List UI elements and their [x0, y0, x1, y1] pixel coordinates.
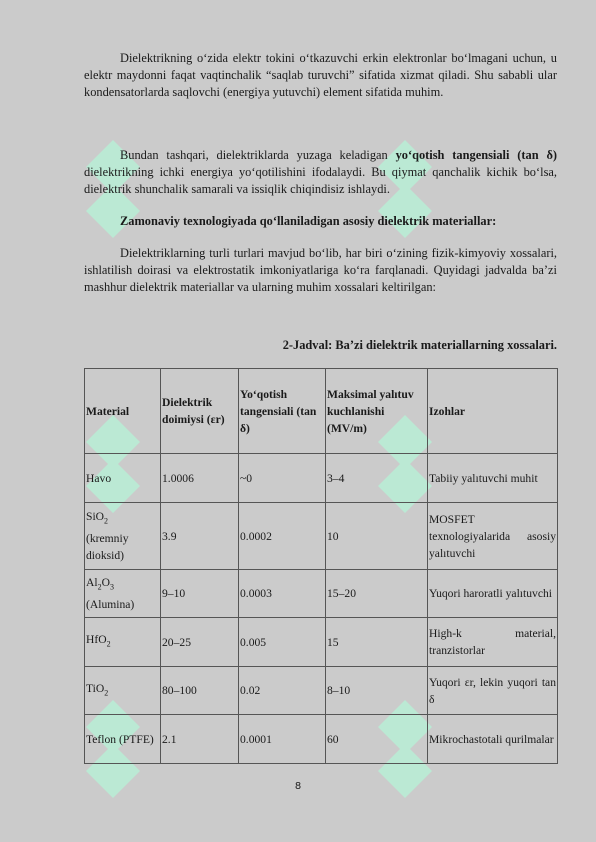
cell-loss-tangent: 0.005 — [239, 618, 326, 667]
cell-breakdown: 15 — [326, 618, 428, 667]
cell-material: HfO2 — [85, 618, 161, 667]
cell-permittivity: 80–100 — [161, 667, 239, 715]
header-permittivity: Dielektrik doimiysi (εr) — [161, 369, 239, 454]
cell-loss-tangent: 0.0001 — [239, 715, 326, 764]
table-caption: 2-Jadval: Ba’zi dielektrik materiallarni… — [283, 338, 557, 353]
cell-note: Yuqori haroratli yalıtuvchi — [428, 570, 558, 618]
cell-material: Al2O3(Alumina) — [85, 570, 161, 618]
cell-note: High-k material, tranzistorlar — [428, 618, 558, 667]
cell-permittivity: 9–10 — [161, 570, 239, 618]
header-material: Material — [85, 369, 161, 454]
table-row: HfO220–250.00515High-k material, tranzis… — [85, 618, 558, 667]
cell-permittivity: 1.0006 — [161, 454, 239, 503]
cell-loss-tangent: 0.0003 — [239, 570, 326, 618]
cell-breakdown: 8–10 — [326, 667, 428, 715]
table-row: Teflon (PTFE)2.10.000160Mikrochastotali … — [85, 715, 558, 764]
page-number: 8 — [0, 781, 596, 792]
cell-note: Mikrochastotali qurilmalar — [428, 715, 558, 764]
table-row: TiO280–1000.028–10Yuqori εr, lekin yuqor… — [85, 667, 558, 715]
header-notes: Izohlar — [428, 369, 558, 454]
table-row: Al2O3(Alumina)9–100.000315–20Yuqori haro… — [85, 570, 558, 618]
cell-loss-tangent: 0.0002 — [239, 503, 326, 570]
cell-breakdown: 3–4 — [326, 454, 428, 503]
cell-permittivity: 20–25 — [161, 618, 239, 667]
table-header-row: Material Dielektrik doimiysi (εr) Yo‘qot… — [85, 369, 558, 454]
section-heading: Zamonaviy texnologiyada qo‘llaniladigan … — [120, 214, 496, 229]
cell-material: Teflon (PTFE) — [85, 715, 161, 764]
cell-permittivity: 3.9 — [161, 503, 239, 570]
paragraph-2: Bundan tashqari, dielektriklarda yuzaga … — [84, 147, 557, 198]
cell-loss-tangent: ~0 — [239, 454, 326, 503]
header-loss-tangent: Yo‘qotish tangensiali (tan δ) — [239, 369, 326, 454]
paragraph-1: Dielektrikning o‘zida elektr tokini o‘tk… — [84, 50, 557, 101]
cell-material: Havo — [85, 454, 161, 503]
cell-material: TiO2 — [85, 667, 161, 715]
cell-note: MOSFET texnologiyalarida asosiy yalıtuvc… — [428, 503, 558, 570]
cell-note: Tabiiy yalıtuvchi muhit — [428, 454, 558, 503]
cell-note: Yuqori εr, lekin yuqori tan δ — [428, 667, 558, 715]
cell-breakdown: 10 — [326, 503, 428, 570]
header-breakdown: Maksimal yalıtuv kuchlanishi (MV/m) — [326, 369, 428, 454]
table-row: SiO2(kremniy dioksid)3.90.000210MOSFET t… — [85, 503, 558, 570]
cell-loss-tangent: 0.02 — [239, 667, 326, 715]
materials-table: Material Dielektrik doimiysi (εr) Yo‘qot… — [84, 368, 558, 764]
cell-material: SiO2(kremniy dioksid) — [85, 503, 161, 570]
term-loss-tangent: yo‘qotish tangensiali (tan δ) — [396, 148, 557, 162]
cell-breakdown: 15–20 — [326, 570, 428, 618]
table-row: Havo1.0006~03–4Tabiiy yalıtuvchi muhit — [85, 454, 558, 503]
cell-breakdown: 60 — [326, 715, 428, 764]
cell-permittivity: 2.1 — [161, 715, 239, 764]
paragraph-3: Dielektriklarning turli turlari mavjud b… — [84, 245, 557, 296]
